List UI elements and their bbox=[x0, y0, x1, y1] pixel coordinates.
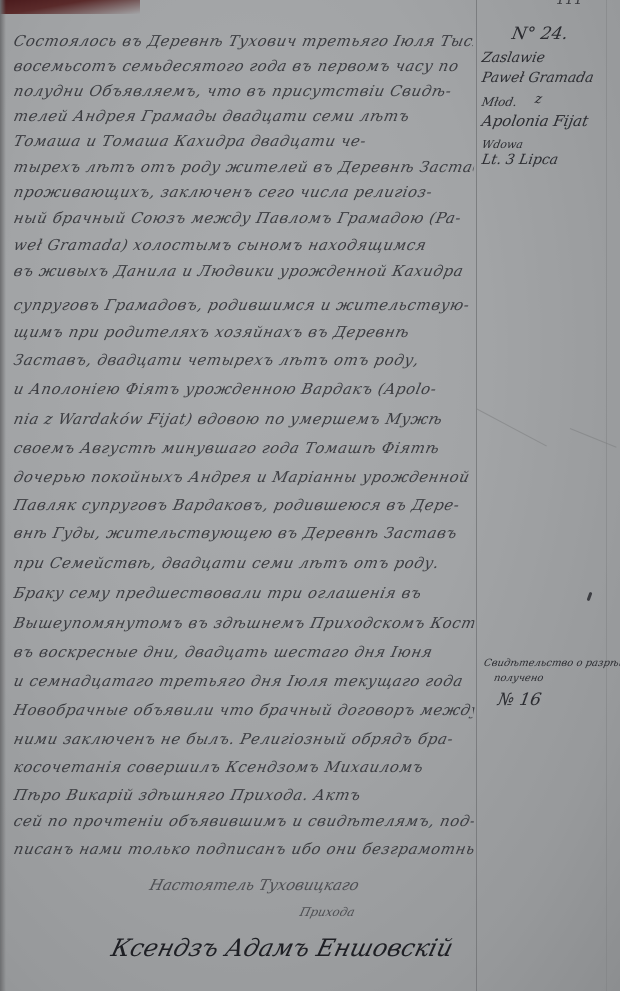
body-line: щимъ при родителяхъ хозяйнахъ въ Деревнѣ bbox=[12, 323, 476, 341]
bride-status: Wdowa bbox=[481, 138, 524, 151]
body-line: ный брачный Союзъ между Павломъ Грамадою… bbox=[12, 209, 476, 227]
permission-number: № 16 bbox=[496, 690, 543, 710]
body-line: nia z Wardaków Fijat) вдовою по умершемъ… bbox=[12, 410, 476, 428]
right-edge-line bbox=[606, 0, 607, 991]
marriage-date: Lt. 3 Lipca bbox=[481, 152, 560, 168]
body-line: Состоялось въ Деревнѣ Тухович третьяго І… bbox=[12, 32, 476, 50]
body-line: восемьсотъ семьдесятого года въ первомъ … bbox=[12, 57, 476, 75]
body-line: телей Андрея Грамады двадцати семи лѣтъ bbox=[12, 107, 476, 125]
binding-edge bbox=[0, 0, 140, 14]
conjunction: z bbox=[534, 92, 544, 107]
permission-note: Свидѣтельство о разрѣшеніи bbox=[483, 658, 620, 669]
groom-status: Młod. bbox=[481, 95, 518, 109]
margin-rule-line bbox=[476, 0, 477, 991]
body-line: дочерью покойныхъ Андрея и Маріанны урож… bbox=[12, 468, 476, 486]
body-line: проживающихъ, заключенъ сего числа религ… bbox=[12, 183, 476, 201]
permission-note-received: получено bbox=[493, 673, 544, 684]
entry-type: Zaslawie bbox=[481, 50, 547, 66]
body-line: внѣ Гуды, жительствующею въ Деревнѣ Заст… bbox=[12, 524, 476, 542]
body-line: косочетанія совершилъ Ксендзомъ Михаилом… bbox=[12, 758, 476, 776]
signature-title: Настоятель Туховицкаго bbox=[148, 876, 361, 894]
body-line: въ живыхъ Данила и Людвики урожденной Ка… bbox=[12, 262, 476, 280]
body-line: Павляк супруговъ Вардаковъ, родившеюся в… bbox=[12, 496, 476, 514]
page-number: 111 bbox=[556, 0, 583, 8]
body-line: при Семействѣ, двадцати семи лѣтъ отъ ро… bbox=[12, 554, 476, 572]
body-line: Новобрачные объявили что брачный договор… bbox=[12, 701, 476, 719]
body-line: Браку сему предшествовали три оглашенія … bbox=[12, 584, 476, 602]
body-line: Заставъ, двадцати четырехъ лѣтъ отъ роду… bbox=[12, 351, 476, 369]
priest-signature: Ксендзъ Адамъ Еншовскій bbox=[109, 934, 457, 962]
body-line: и Аполоніею Фіятъ урожденною Вардакъ (Ap… bbox=[12, 380, 476, 398]
body-line: тырехъ лѣтъ отъ роду жителей въ Деревнѣ … bbox=[12, 158, 476, 176]
body-line: weł Gramada) холостымъ сыномъ находящимс… bbox=[12, 236, 476, 254]
body-line: Томаша и Томаша Кахидра двадцати че- bbox=[12, 132, 476, 150]
body-line: писанъ нами только подписанъ ибо они без… bbox=[12, 840, 476, 858]
signature-parish: Прихода bbox=[298, 905, 356, 919]
ink-speck bbox=[587, 592, 593, 601]
manuscript-page: 111 N° 24. Zaslawie Paweł Gramada Młod. … bbox=[0, 0, 620, 991]
entry-number: N° 24. bbox=[510, 24, 569, 44]
body-line: Пѣро Викарій здѣшняго Прихода. Актъ bbox=[12, 786, 476, 804]
page-gutter-shadow bbox=[0, 0, 6, 991]
body-line: ними заключенъ не былъ. Религіозный обря… bbox=[12, 730, 476, 748]
body-line: въ воскресные дни, двадцать шестаго дня … bbox=[12, 643, 476, 661]
paper-crease bbox=[570, 428, 617, 448]
body-line: Вышеупомянутомъ въ здѣшнемъ Приходскомъ … bbox=[12, 614, 476, 632]
body-line: и семнадцатаго третьяго дня Іюля текущаг… bbox=[12, 672, 476, 690]
bride-name: Apolonia Fijat bbox=[480, 112, 589, 130]
body-line: супруговъ Грамадовъ, родившимся и житель… bbox=[12, 296, 476, 314]
body-line: своемъ Августѣ минувшаго года Томашѣ Фія… bbox=[12, 439, 476, 457]
groom-name: Paweł Gramada bbox=[481, 70, 595, 86]
paper-crease bbox=[476, 408, 547, 446]
body-line: полудни Объявляемъ, что въ присутствіи С… bbox=[12, 82, 476, 100]
body-line: сей по прочтеніи объявившимъ и свидѣтеля… bbox=[12, 812, 476, 830]
